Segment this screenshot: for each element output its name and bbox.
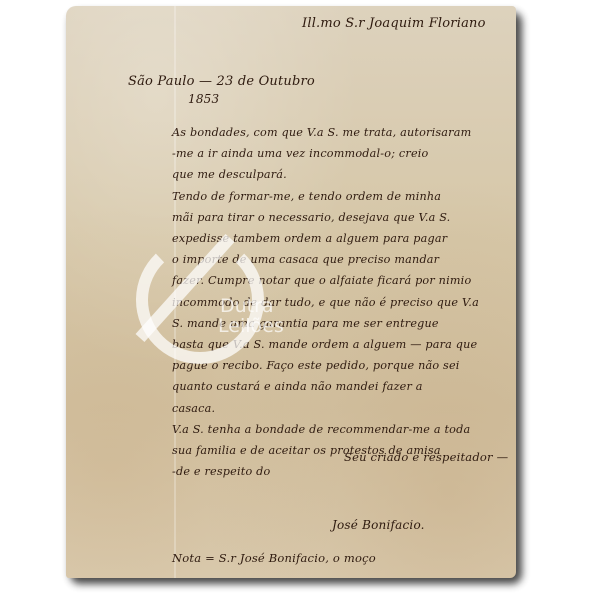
body-line: que me desculpará. [172, 164, 479, 185]
body-line: -me a ir ainda uma vez incommodal-o; cre… [172, 143, 479, 164]
body-line: fazer. Cumpre notar que o alfaiate ficar… [172, 270, 479, 291]
place-date: São Paulo — 23 de Outubro [128, 74, 315, 89]
signature: José Bonifacio. [332, 518, 425, 532]
body-line: o importe de uma casaca que preciso mand… [172, 249, 479, 270]
body-line: -de e respeito do [172, 461, 479, 482]
letter-paper: Ill.mo S.r Joaquim Floriano São Paulo — … [66, 6, 516, 578]
body-line: As bondades, com que V.a S. me trata, au… [172, 122, 479, 143]
watermark-text-line1: Dutra [220, 296, 274, 316]
body-line: pague o recibo. Faço este pedido, porque… [172, 355, 479, 376]
body-line: casaca. [172, 398, 479, 419]
watermark-text-line2: Leilões [218, 316, 284, 336]
body-line: expedisse tambem ordem a alguem para pag… [172, 228, 479, 249]
body-line: Tendo de formar-me, e tendo ordem de min… [172, 186, 479, 207]
addressee: Ill.mo S.r Joaquim Floriano [302, 16, 486, 31]
body-line: mãi para tirar o necessario, desejava qu… [172, 207, 479, 228]
body-line: basta que V.a S. mande ordem a alguem — … [172, 334, 479, 355]
letter-body: As bondades, com que V.a S. me trata, au… [172, 122, 479, 482]
body-line: V.a S. tenha a bondade de recommendar-me… [172, 419, 479, 440]
body-line: incommodo de dar tudo, e que não é preci… [172, 292, 479, 313]
body-line: quanto custará e ainda não mandei fazer … [172, 376, 479, 397]
closing: Seu criado e respeitador — [344, 450, 508, 464]
year: 1853 [188, 92, 219, 106]
note: Nota = S.r José Bonifacio, o moço [172, 551, 376, 565]
